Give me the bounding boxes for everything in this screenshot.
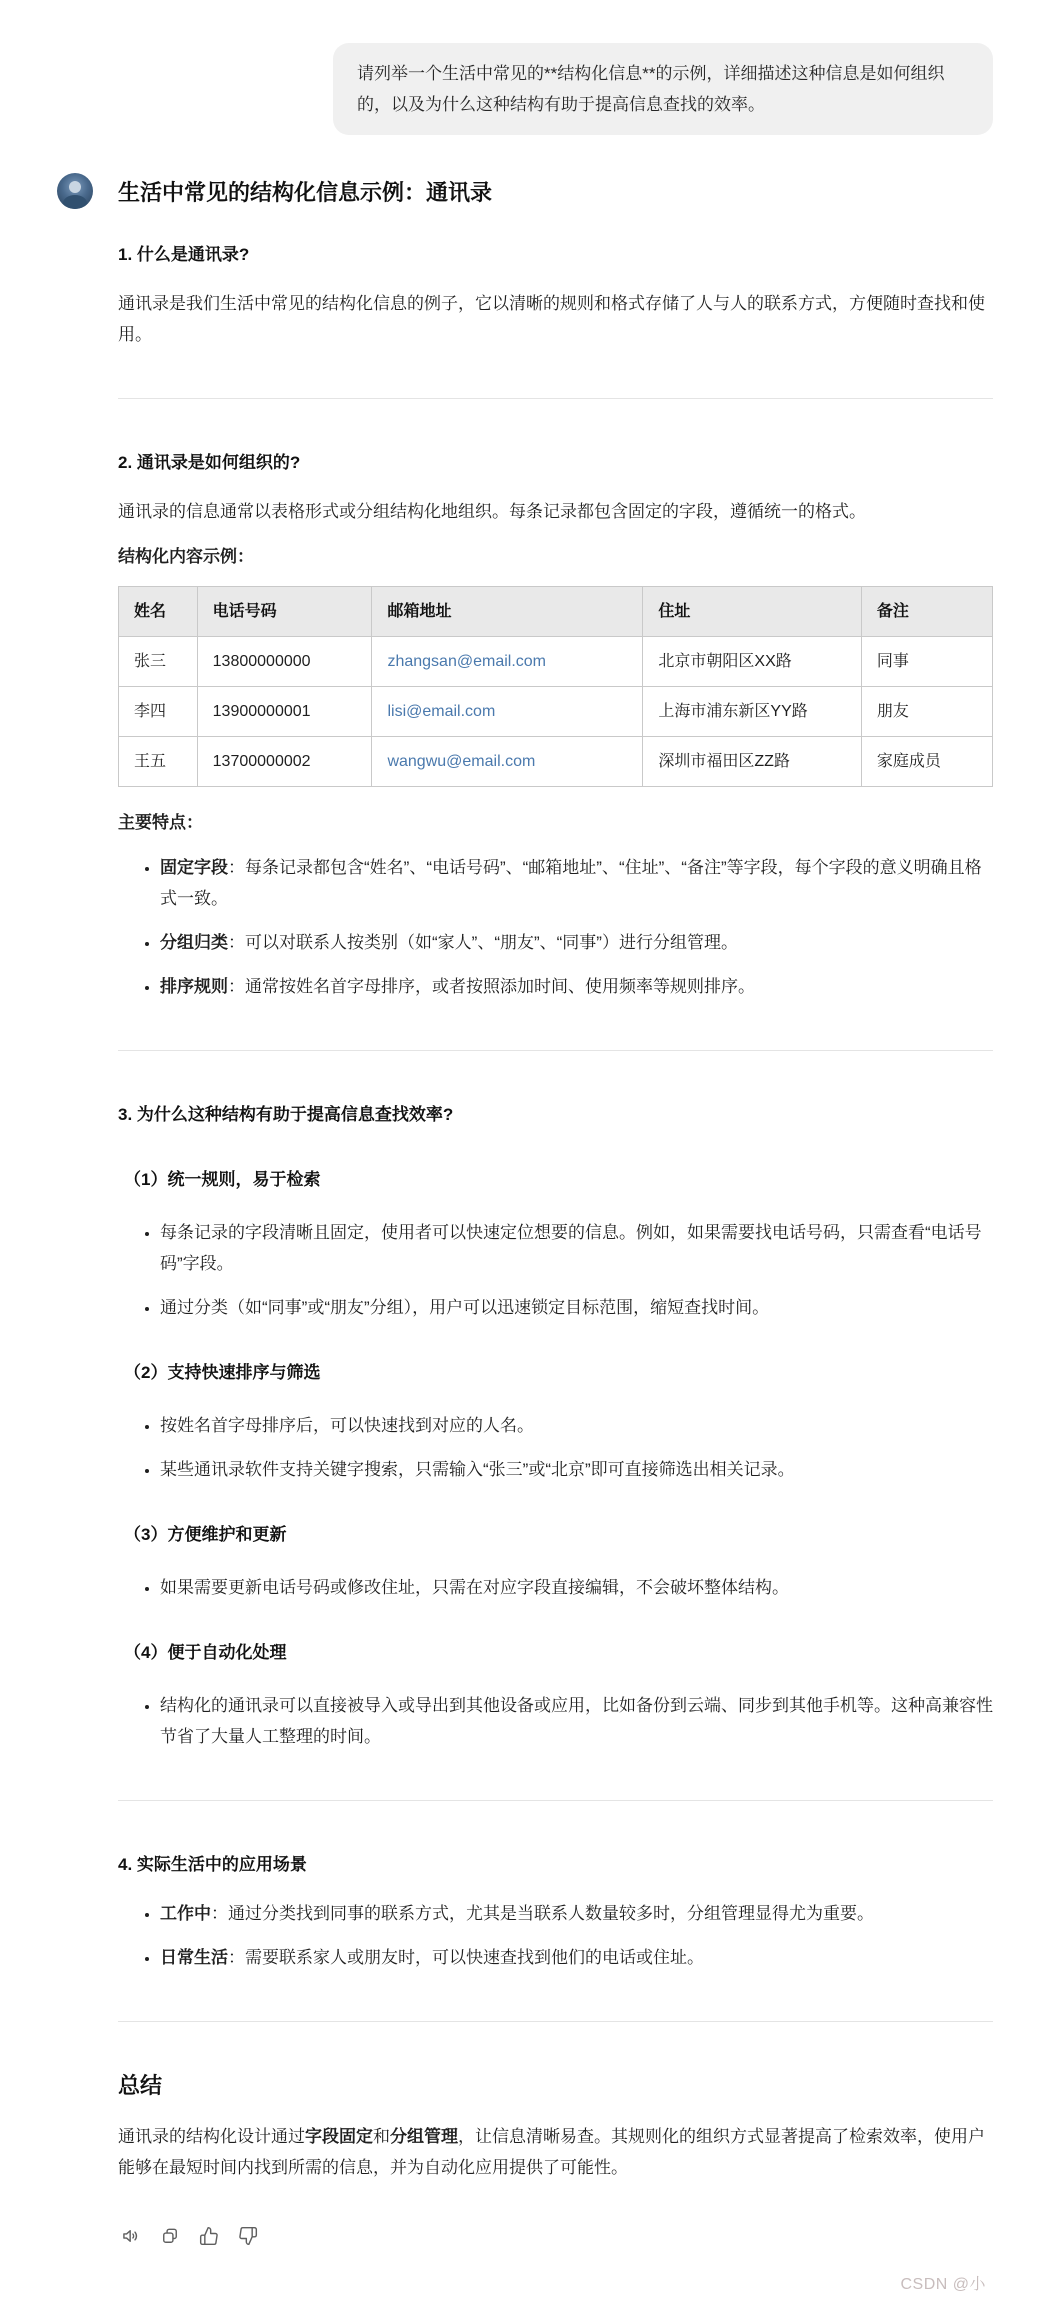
feature-term: 分组归类 [160, 933, 228, 952]
subsection2-list: 按姓名首字母排序后，可以快速找到对应的人名。 某些通讯录软件支持关键字搜索，只需… [118, 1410, 993, 1485]
list-item: 排序规则：通常按姓名首字母排序，或者按照添加时间、使用频率等规则排序。 [160, 971, 993, 1002]
cell-addr: 北京市朝阳区XX路 [643, 637, 862, 687]
message-toolbar [120, 2225, 993, 2247]
cell-note: 朋友 [861, 687, 992, 737]
subsection4-list: 结构化的通讯录可以直接被导入或导出到其他设备或应用，比如备份到云端、同步到其他手… [118, 1690, 993, 1752]
cell-addr: 深圳市福田区ZZ路 [643, 737, 862, 787]
email-link[interactable]: wangwu@email.com [387, 753, 535, 770]
col-header-email: 邮箱地址 [372, 587, 643, 637]
thumbs-down-button[interactable] [237, 2225, 259, 2247]
table-label: 结构化内容示例： [118, 541, 993, 572]
cell-email: zhangsan@email.com [372, 637, 643, 687]
col-header-addr: 住址 [643, 587, 862, 637]
cell-phone: 13800000000 [197, 637, 372, 687]
cell-name: 张三 [119, 637, 198, 687]
copy-icon [160, 2226, 180, 2246]
section2-paragraph: 通讯录的信息通常以表格形式或分组结构化地组织。每条记录都包含固定的字段，遵循统一… [118, 496, 993, 527]
summary-paragraph: 通讯录的结构化设计通过字段固定和分组管理，让信息清晰易查。其规则化的组织方式显著… [118, 2121, 993, 2183]
section1-heading: 1. 什么是通讯录? [118, 239, 993, 270]
table-row: 李四 13900000001 lisi@email.com 上海市浦东新区YY路… [119, 687, 993, 737]
thumbs-up-button[interactable] [198, 2225, 220, 2247]
subsection2-heading: （2）支持快速排序与筛选 [118, 1357, 993, 1388]
csdn-watermark: CSDN @小 [900, 2271, 986, 2294]
scene-text: ：通过分类找到同事的联系方式，尤其是当联系人数量较多时，分组管理显得尤为重要。 [211, 1904, 874, 1923]
email-link[interactable]: lisi@email.com [387, 703, 495, 720]
feature-text: ：每条记录都包含“姓名”、“电话号码”、“邮箱地址”、“住址”、“备注”等字段，… [160, 858, 982, 908]
list-item: 分组归类：可以对联系人按类别（如“家人”、“朋友”、“同事”）进行分组管理。 [160, 927, 993, 958]
scene-term: 工作中 [160, 1904, 211, 1923]
col-header-name: 姓名 [119, 587, 198, 637]
cell-phone: 13900000001 [197, 687, 372, 737]
assistant-message-header: 生活中常见的结构化信息示例：通讯录 [57, 173, 993, 209]
section2-heading: 2. 通讯录是如何组织的? [118, 447, 993, 478]
divider [118, 1800, 993, 1801]
summary-text: 和 [373, 2127, 390, 2146]
col-header-phone: 电话号码 [197, 587, 372, 637]
cell-email: lisi@email.com [372, 687, 643, 737]
section1-paragraph: 通讯录是我们生活中常见的结构化信息的例子，它以清晰的规则和格式存储了人与人的联系… [118, 288, 993, 350]
cell-phone: 13700000002 [197, 737, 372, 787]
subsection3-heading: （3）方便维护和更新 [118, 1519, 993, 1550]
user-message-row: 请列举一个生活中常见的**结构化信息**的示例，详细描述这种信息是如何组织的，以… [0, 0, 1038, 135]
summary-heading: 总结 [118, 2070, 993, 2101]
subsection4-heading: （4）便于自动化处理 [118, 1637, 993, 1668]
assistant-avatar [57, 173, 93, 209]
list-item: 每条记录的字段清晰且固定，使用者可以快速定位想要的信息。例如，如果需要找电话号码… [160, 1217, 993, 1279]
col-header-note: 备注 [861, 587, 992, 637]
section3-heading: 3. 为什么这种结构有助于提高信息查找效率? [118, 1099, 993, 1130]
thumbs-up-icon [199, 2226, 219, 2246]
list-item: 某些通讯录软件支持关键字搜索，只需输入“张三”或“北京”即可直接筛选出相关记录。 [160, 1454, 993, 1485]
email-link[interactable]: zhangsan@email.com [387, 653, 546, 670]
read-aloud-button[interactable] [120, 2225, 142, 2247]
list-item: 结构化的通讯录可以直接被导入或导出到其他设备或应用，比如备份到云端、同步到其他手… [160, 1690, 993, 1752]
features-label: 主要特点： [118, 807, 993, 838]
chat-page: 请列举一个生活中常见的**结构化信息**的示例，详细描述这种信息是如何组织的，以… [0, 0, 1038, 2302]
copy-button[interactable] [159, 2225, 181, 2247]
scene-text: ：需要联系家人或朋友时，可以快速查找到他们的电话或住址。 [228, 1948, 704, 1967]
summary-text: 通讯录的结构化设计通过 [118, 2127, 305, 2146]
cell-name: 李四 [119, 687, 198, 737]
list-item: 如果需要更新电话号码或修改住址，只需在对应字段直接编辑，不会破坏整体结构。 [160, 1572, 993, 1603]
summary-bold-term: 字段固定 [305, 2127, 373, 2146]
divider [118, 2021, 993, 2022]
summary-bold-term: 分组管理 [390, 2127, 458, 2146]
list-item: 按姓名首字母排序后，可以快速找到对应的人名。 [160, 1410, 993, 1441]
thumbs-down-icon [238, 2226, 258, 2246]
subsection1-heading: （1）统一规则，易于检索 [118, 1164, 993, 1195]
section4-heading: 4. 实际生活中的应用场景 [118, 1849, 993, 1880]
section4-list: 工作中：通过分类找到同事的联系方式，尤其是当联系人数量较多时，分组管理显得尤为重… [118, 1898, 993, 1973]
scene-term: 日常生活 [160, 1948, 228, 1967]
cell-addr: 上海市浦东新区YY路 [643, 687, 862, 737]
divider [118, 398, 993, 399]
cell-email: wangwu@email.com [372, 737, 643, 787]
list-item: 通过分类（如“同事”或“朋友”分组），用户可以迅速锁定目标范围，缩短查找时间。 [160, 1292, 993, 1323]
cell-note: 家庭成员 [861, 737, 992, 787]
list-item: 固定字段：每条记录都包含“姓名”、“电话号码”、“邮箱地址”、“住址”、“备注”… [160, 852, 993, 914]
subsection3-list: 如果需要更新电话号码或修改住址，只需在对应字段直接编辑，不会破坏整体结构。 [118, 1572, 993, 1603]
features-list: 固定字段：每条记录都包含“姓名”、“电话号码”、“邮箱地址”、“住址”、“备注”… [118, 852, 993, 1002]
list-item: 工作中：通过分类找到同事的联系方式，尤其是当联系人数量较多时，分组管理显得尤为重… [160, 1898, 993, 1929]
subsection1-list: 每条记录的字段清晰且固定，使用者可以快速定位想要的信息。例如，如果需要找电话号码… [118, 1217, 993, 1323]
list-item: 日常生活：需要联系家人或朋友时，可以快速查找到他们的电话或住址。 [160, 1942, 993, 1973]
feature-text: ：可以对联系人按类别（如“家人”、“朋友”、“同事”）进行分组管理。 [228, 933, 738, 952]
assistant-message-body: 1. 什么是通讯录? 通讯录是我们生活中常见的结构化信息的例子，它以清晰的规则和… [118, 239, 993, 2183]
divider [118, 1050, 993, 1051]
user-question-bubble: 请列举一个生活中常见的**结构化信息**的示例，详细描述这种信息是如何组织的，以… [333, 43, 993, 135]
cell-note: 同事 [861, 637, 992, 687]
table-header-row: 姓名 电话号码 邮箱地址 住址 备注 [119, 587, 993, 637]
feature-text: ：通常按姓名首字母排序，或者按照添加时间、使用频率等规则排序。 [228, 977, 755, 996]
table-row: 王五 13700000002 wangwu@email.com 深圳市福田区ZZ… [119, 737, 993, 787]
feature-term: 排序规则 [160, 977, 228, 996]
answer-title: 生活中常见的结构化信息示例：通讯录 [118, 176, 492, 207]
feature-term: 固定字段 [160, 858, 228, 877]
cell-name: 王五 [119, 737, 198, 787]
contacts-table: 姓名 电话号码 邮箱地址 住址 备注 张三 13800000000 zhangs… [118, 586, 993, 787]
speaker-icon [121, 2226, 141, 2246]
table-row: 张三 13800000000 zhangsan@email.com 北京市朝阳区… [119, 637, 993, 687]
